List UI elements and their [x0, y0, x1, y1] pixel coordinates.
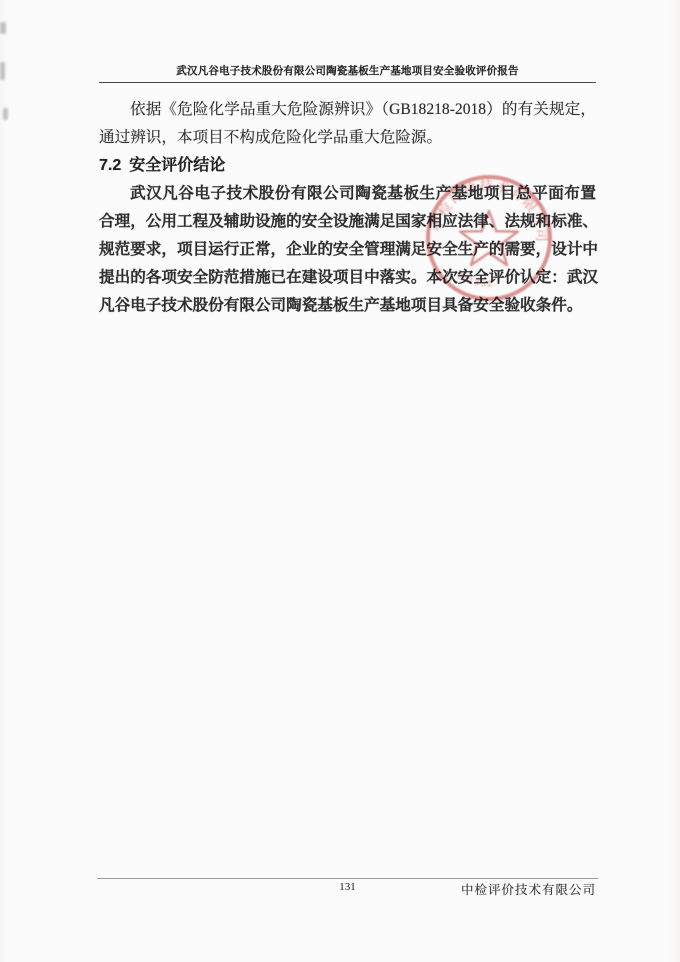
paragraph-line: 规范要求，项目运行正常，企业的安全管理满足安全生产的需要，设计中	[99, 236, 596, 264]
paragraph-line: 通过辨识，本项目不构成危险化学品重大危险源。	[99, 124, 596, 152]
scan-artifact	[0, 62, 5, 80]
paragraph-line: 依据《危险化学品重大危险源辨识》（GB18218-2018）的有关规定，	[99, 96, 596, 124]
section-heading: 7.2安全评价结论	[99, 152, 596, 180]
section-title: 安全评价结论	[129, 157, 225, 174]
scan-artifact	[0, 22, 6, 34]
paragraph-line: 提出的各项安全防范措施已在建设项目中落实。本次安全评价认定：武汉	[99, 264, 596, 292]
header-rule	[99, 82, 596, 83]
footer-company-name: 中检评价技术有限公司	[99, 880, 596, 898]
paragraph-line: 武汉凡谷电子技术股份有限公司陶瓷基板生产基地项目总平面布置	[99, 180, 596, 208]
document-body: 依据《危险化学品重大危险源辨识》（GB18218-2018）的有关规定， 通过辨…	[99, 96, 596, 320]
paragraph-line: 合理，公用工程及辅助设施的安全设施满足国家相应法律、法规和标准、	[99, 208, 596, 236]
section-number: 7.2	[99, 157, 121, 174]
scan-artifact	[3, 108, 8, 120]
running-header-title: 武汉凡谷电子技术股份有限公司陶瓷基板生产基地项目安全验收评价报告	[99, 63, 596, 78]
document-page: 武汉凡谷电子技术股份有限公司陶瓷基板生产基地项目安全验收评价报告 依据《危险化学…	[0, 0, 680, 962]
footer-rule	[97, 878, 598, 879]
paragraph-line: 凡谷电子技术股份有限公司陶瓷基板生产基地项目具备安全验收条件。	[99, 292, 596, 320]
